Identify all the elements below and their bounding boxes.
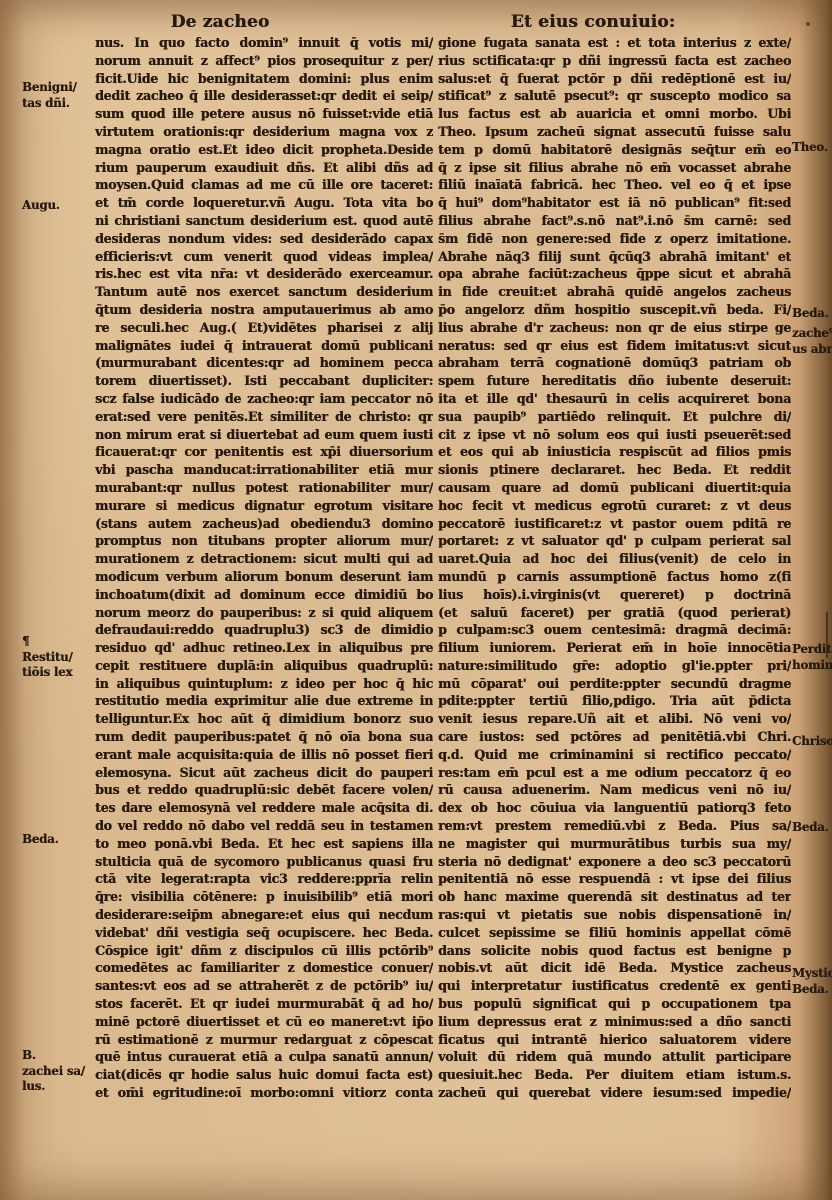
text-line: p̄o angelorz dñm hospitio suscepit.vñ be… xyxy=(438,301,791,319)
text-line: ficauerat:qr cor penitentis est xp̄i diu… xyxy=(95,443,433,461)
text-line: steria nō dedignat' exponere a deo sc3 p… xyxy=(438,853,791,871)
text-line: dedit zacheo q̄ ille desiderasset:qr ded… xyxy=(95,87,433,105)
text-line: sum quod ille petere ausus nō fuisset:vi… xyxy=(95,105,433,123)
text-line: portaret: z vt saluator qd' p culpam per… xyxy=(438,532,791,550)
margin-note: zache⁹ filus abrahā xyxy=(792,326,832,357)
text-line: voluit dū ridem quā mundo attulit partic… xyxy=(438,1048,791,1066)
text-line: quē intus curauerat etiā a culpa sanatū … xyxy=(95,1048,433,1066)
text-line: to meo ponā.vbi Beda. Et hec est sapiens… xyxy=(95,835,433,853)
margin-note-line: tiōis lex xyxy=(22,665,94,681)
text-line: rem:vt prestem remediū.vbi z Beda. Pius … xyxy=(438,817,791,835)
text-line: promptus non titubans propter aliorum mu… xyxy=(95,532,433,550)
text-line: rum dedit pauperibus:patet q̄ nō oīa bon… xyxy=(95,728,433,746)
text-line: lium depressus erat z minimus:sed a dño … xyxy=(438,1013,791,1031)
margin-note: B.zachei sa/lus. xyxy=(10,1048,94,1095)
margin-note-line: us abrahā xyxy=(792,342,832,358)
text-line: stos facerēt. Et qr iudei murmurabāt q̄ … xyxy=(95,995,433,1013)
text-line: qui interpretatur iustificatus credentē … xyxy=(438,977,791,995)
text-line: residuo qd' adhuc retineo.Lex in aliquib… xyxy=(95,639,433,657)
margin-note-line: zache⁹ fil xyxy=(792,326,832,342)
text-line: lius hoīs).i.virginis(vt quereret) p doc… xyxy=(438,586,791,604)
text-line: cepit restituere duplā:in aliquibus quad… xyxy=(95,657,433,675)
text-line: neratus: sed qr eius est fidem imitatus:… xyxy=(438,337,791,355)
text-line: tem p domū habitatorē designās seq̄tur e… xyxy=(438,141,791,159)
text-line: q.d. Quid me criminamini si rectifico pe… xyxy=(438,746,791,764)
text-line: et tm̄ corde loqueretur.vñ Augu. Tota vi… xyxy=(95,194,433,212)
margin-note: MysticeBeda. xyxy=(792,966,832,997)
text-line: dex ob hoc cōuiua via languentiū patiorq… xyxy=(438,799,791,817)
margin-note: Benigni/tas dñi. xyxy=(10,80,94,111)
margin-notes-right: Theo.Beda.zache⁹ filus abrahāPerdita īho… xyxy=(792,0,832,1200)
text-line: inchoatum(dixit ad dominum ecce dimidiū … xyxy=(95,586,433,604)
text-line: et eos qui ab iniusticia respiscūt ad fi… xyxy=(438,443,791,461)
text-line: uaret.Quia ad hoc dei filius(venit) de c… xyxy=(438,550,791,568)
text-line: comedētes ac familiariter z domestice co… xyxy=(95,959,433,977)
text-line: causam quare ad domū publicani diuertit:… xyxy=(438,479,791,497)
text-line: in fide creuit:et abrahā quidē angelos z… xyxy=(438,283,791,301)
margin-note-line: Beda. xyxy=(792,820,832,836)
text-line: p culpam:sc3 ouem centesimā: dragmā deci… xyxy=(438,621,791,639)
text-line: nobis.vt aūt dicit idē Beda. Mystice zac… xyxy=(438,959,791,977)
text-line: erat:sed vere penitēs.Et similiter de ch… xyxy=(95,408,433,426)
text-line: zacheū qui querebat videre iesum:sed imp… xyxy=(438,1084,791,1102)
text-line: bus et reddo quadruplū:sic debēt facere … xyxy=(95,781,433,799)
page-edge-mark xyxy=(826,612,828,658)
text-line: modicum verbum aliorum bonum deserunt ia… xyxy=(95,568,433,586)
running-header-right: Et eius conuiuio: xyxy=(498,12,688,32)
margin-note-line: Beda. xyxy=(792,982,832,998)
text-line: mundū p carnis assumptionē factus homo z… xyxy=(438,568,791,586)
margin-note-line: Theo. xyxy=(792,140,832,156)
text-line: ctā vite legerat:rapta vic3 reddere:pprī… xyxy=(95,870,433,888)
text-line: defraudaui:reddo quadruplu3) sc3 de dimi… xyxy=(95,621,433,639)
text-line: penitentiā nō esse respuendā : vt ipse d… xyxy=(438,870,791,888)
text-line: Tantum autē nos exercet sanctum desideri… xyxy=(95,283,433,301)
text-line: res:tam em̄ pcul est a me odium peccator… xyxy=(438,764,791,782)
text-line: restitutio media exprimitur alie due ext… xyxy=(95,692,433,710)
text-column-right: gione fugata sanata est : et tota interi… xyxy=(438,34,791,1102)
text-line: abraham terrā cognationē domūq3 patriam … xyxy=(438,354,791,372)
text-line: virtutem orationis:qr desiderium magna v… xyxy=(95,123,433,141)
margin-note: Beda. xyxy=(792,820,832,836)
text-line: ras:qui vt pietatis sue nobis dispensati… xyxy=(438,906,791,924)
margin-note: ¶Restitu/tiōis lex xyxy=(10,634,94,681)
text-line: quesiuit.hec Beda. Per diuitem etiam ist… xyxy=(438,1066,791,1084)
text-line: murabant:qr nullus potest rationabiliter… xyxy=(95,479,433,497)
text-line: bus populū significat qui p occupationem… xyxy=(438,995,791,1013)
margin-note: Beda. xyxy=(792,306,832,322)
text-line: murationem z detractionem: sicut multi q… xyxy=(95,550,433,568)
text-line: norum meorz do pauperibus: z si quid ali… xyxy=(95,604,433,622)
text-line: et om̄i egritudine:oī morbo:omni vitiorz… xyxy=(95,1084,433,1102)
text-line: ciat(dicēs qr hodie salus huic domui fac… xyxy=(95,1066,433,1084)
margin-note-line: zachei sa/ xyxy=(22,1064,94,1080)
text-line: minē pctorē diuertisset et cū eo maneret… xyxy=(95,1013,433,1031)
running-header-left: De zacheo xyxy=(135,12,305,32)
text-line: do vel reddo nō dabo vel reddā seu in te… xyxy=(95,817,433,835)
text-line: cit z ipse vt nō solum eos qui iusti pse… xyxy=(438,426,791,444)
text-line: s̄m fidē non genere:sed fide z operz imi… xyxy=(438,230,791,248)
margin-note: Augu. xyxy=(10,198,94,214)
text-line: (et saluū faceret) per gratiā (quod peri… xyxy=(438,604,791,622)
text-line: gione fugata sanata est : et tota interi… xyxy=(438,34,791,52)
text-line: desideras nondum vides: sed desiderādo c… xyxy=(95,230,433,248)
text-line: sionis ptinere declararet. hec Beda. Et … xyxy=(438,461,791,479)
text-line: Theo. Ipsum zacheū signat assecutū fuiss… xyxy=(438,123,791,141)
text-line: scz false iudicādo de zacheo:qr iam pecc… xyxy=(95,390,433,408)
text-line: ne magister qui murmurātibus turbis sua … xyxy=(438,835,791,853)
margin-note-line: Restitu/ xyxy=(22,650,94,666)
text-line: telliguntur.Ex hoc aūt q̄ dimidium bonor… xyxy=(95,710,433,728)
margin-note-line: Mystice xyxy=(792,966,832,982)
text-line: Cōspice igit' dñm z discipulos cū illis … xyxy=(95,942,433,960)
text-line: (murmurabant dicentes:qr ad hominem pecc… xyxy=(95,354,433,372)
text-line: dans solicite nobis quod factus est beni… xyxy=(438,942,791,960)
text-line: q̄ hui⁹ dom⁹habitator est iā nō publican… xyxy=(438,194,791,212)
text-line: salus:et q̄ fuerat pctōr p dñi redēption… xyxy=(438,70,791,88)
text-line: (stans autem zacheus)ad obediendu3 domin… xyxy=(95,515,433,533)
margin-note-line: Benigni/ xyxy=(22,80,94,96)
text-line: Abrahe nāq3 filij sunt q̄cūq3 abrahā imi… xyxy=(438,248,791,266)
text-line: moysen.Quid clamas ad me cū ille ore tac… xyxy=(95,176,433,194)
text-line: ita et ille qd' thesaurū in celis acquir… xyxy=(438,390,791,408)
text-line: santes:vt eos ad se attraherēt z de pctō… xyxy=(95,977,433,995)
text-line: nature:similitudo gr̄e: adoptio gl'ie.pp… xyxy=(438,657,791,675)
text-line: ficit.Uide hic benignitatem domini: plus… xyxy=(95,70,433,88)
text-line: norum annuit z affect⁹ pios prosequitur … xyxy=(95,52,433,70)
text-line: lius abrahe d'r zacheus: non qr de eius … xyxy=(438,319,791,337)
text-line: efficieris:vt cum venerit quod videas im… xyxy=(95,248,433,266)
text-line: stificat⁹ z salutē psecut⁹: qr suscepto … xyxy=(438,87,791,105)
margin-note-line: Beda. xyxy=(792,306,832,322)
margin-note-line: Augu. xyxy=(22,198,94,214)
text-line: tes dare elemosynā vel reddere male acq̄… xyxy=(95,799,433,817)
text-line: non mirum erat si diuertebat ad eum quem… xyxy=(95,426,433,444)
text-line: in aliquibus quintuplum: z ideo per hoc … xyxy=(95,675,433,693)
margin-notes-left: Benigni/tas dñi.Augu.¶Restitu/tiōis lexB… xyxy=(10,0,94,1200)
text-line: filiū inaīatā fabricā. hec Theo. vel eo … xyxy=(438,176,791,194)
text-line: desiderare:seip̄m abnegare:et eius qui n… xyxy=(95,906,433,924)
text-line: erant male acquisita:quia de illis nō po… xyxy=(95,746,433,764)
margin-note-line: homine. xyxy=(792,658,832,674)
text-line: mū cōparat' oui perdite:ppter secundū dr… xyxy=(438,675,791,693)
text-line: q̄tum desideria nostra amputauerimus ab … xyxy=(95,301,433,319)
text-line: filius abrahe fact⁹.s.nō nat⁹.i.nō s̄m c… xyxy=(438,212,791,230)
book-page: De zacheo Et eius conuiuio: nus. In quo … xyxy=(0,0,832,1200)
text-line: rū estimationē z murmur redarguat z cōpe… xyxy=(95,1031,433,1049)
text-line: ris.hec est vita nr̄a: vt desiderādo exe… xyxy=(95,265,433,283)
text-line: rium pauperum exaudiuit dñs. Et alibi dñ… xyxy=(95,159,433,177)
text-line: stulticia quā de sycomoro publicanus qua… xyxy=(95,853,433,871)
margin-note-line: B. xyxy=(22,1048,94,1064)
text-column-left: nus. In quo facto domin⁹ innuit q̄ votis… xyxy=(95,34,433,1102)
text-line: pdite:ppter tertiū filio,pdigo. Tria aūt… xyxy=(438,692,791,710)
margin-note-line: Beda. xyxy=(22,832,94,848)
margin-note: Chrisos. xyxy=(792,734,832,750)
text-line: vbi pascha manducat:irrationabiliter eti… xyxy=(95,461,433,479)
text-line: rū causa aduenerim. Nam medicus veni nō … xyxy=(438,781,791,799)
margin-note: Beda. xyxy=(10,832,94,848)
text-line: filium iuniorem. Perierat em̄ in hoīe in… xyxy=(438,639,791,657)
text-line: opa abrahe faciūt:zacheus q̄ppe sicut et… xyxy=(438,265,791,283)
text-line: magna oratio est.Et ideo dicit propheta.… xyxy=(95,141,433,159)
margin-note: Theo. xyxy=(792,140,832,156)
text-line: q̄re: visibilia cōtēnere: p inuisibilib⁹… xyxy=(95,888,433,906)
text-line: culcet sepissime se filiū hominis appell… xyxy=(438,924,791,942)
text-line: ob hanc maxime querendā sit destinatus a… xyxy=(438,888,791,906)
text-line: elemosyna. Sicut aūt zacheus dicit do pa… xyxy=(95,764,433,782)
text-line: murare si medicus dignatur egrotum visit… xyxy=(95,497,433,515)
text-line: nus. In quo facto domin⁹ innuit q̄ votis… xyxy=(95,34,433,52)
text-line: venit iesus repare.Uñ ait et alibi. Nō v… xyxy=(438,710,791,728)
margin-note-line: lus. xyxy=(22,1079,94,1095)
text-line: ficatus qui intrantē hierico saluatorem … xyxy=(438,1031,791,1049)
text-line: lus factus est ab auaricia et omni morbo… xyxy=(438,105,791,123)
text-line: spem future hereditatis dño iubente dese… xyxy=(438,372,791,390)
text-line: ni christiani sanctum desiderium est. qu… xyxy=(95,212,433,230)
text-line: care iustos: sed pctōres ad penitētiā.vb… xyxy=(438,728,791,746)
text-line: videbat' dñi vestigia seq̄ ocupiscere. h… xyxy=(95,924,433,942)
text-line: hoc fecit vt medicus egrotū curaret: z v… xyxy=(438,497,791,515)
text-line: malignātes iudei q̄ intrauerat domū publ… xyxy=(95,337,433,355)
margin-note-line: Chrisos. xyxy=(792,734,832,750)
margin-note-line: tas dñi. xyxy=(22,96,94,112)
text-line: q̄ z ipse sit filius abrahe nō em̄ vocas… xyxy=(438,159,791,177)
ink-speck xyxy=(806,22,810,26)
text-line: torem diuertisset). Isti peccabant dupli… xyxy=(95,372,433,390)
margin-note-line: ¶ xyxy=(22,634,94,650)
text-line: rius sctificata:qr p dñi ingressū facta … xyxy=(438,52,791,70)
text-line: peccatorē iustificaret:z vt pastor ouem … xyxy=(438,515,791,533)
text-line: re seculi.hec Aug.( Et)vidētes pharisei … xyxy=(95,319,433,337)
text-line: sua paupib⁹ partiēdo relinquit. Et pulch… xyxy=(438,408,791,426)
